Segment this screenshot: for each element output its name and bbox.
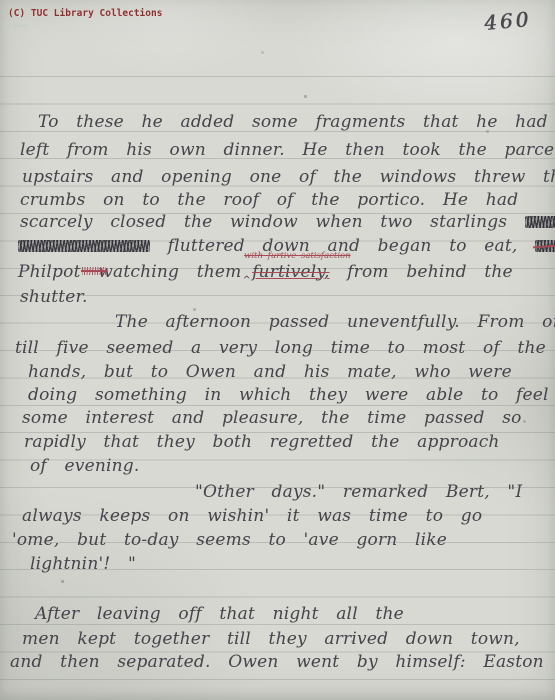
manuscript-line: and then separated. Owen went by himself… xyxy=(10,652,544,672)
red-struck-insertion xyxy=(82,267,106,275)
manuscript-line: To these he added some fragments that he… xyxy=(38,112,548,132)
manuscript-line: scarcely closed the window when two star… xyxy=(20,212,555,232)
manuscript-line: lightnin'! " xyxy=(30,554,136,574)
manuscript-line: doing something in which they were able … xyxy=(28,385,549,405)
manuscript-line: men kept together till they arrived down… xyxy=(22,629,520,649)
red-struck-word xyxy=(535,240,555,252)
library-watermark: (C) TUC Library Collections xyxy=(8,8,162,19)
manuscript-line: always keeps on wishin' it was time to g… xyxy=(22,506,482,526)
paper-specks xyxy=(0,0,1,1)
manuscript-line: of evening. xyxy=(30,456,139,476)
manuscript-line: After leaving off that night all the xyxy=(35,604,404,624)
insertion-caret: ^ xyxy=(242,275,251,286)
manuscript-line: "Other days." remarked Bert, "I xyxy=(195,482,522,502)
scribbled-out-word xyxy=(18,240,150,252)
manuscript-line: crumbs on to the roof of the portico. He… xyxy=(20,190,518,210)
manuscript-line: rapidly that they both regretted the app… xyxy=(24,432,500,452)
manuscript-line: upstairs and opening one of the windows … xyxy=(22,167,555,187)
red-struck-insertion-text: with furtive satisfaction xyxy=(244,251,351,261)
manuscript-line: some interest and pleasure, the time pas… xyxy=(22,408,522,428)
manuscript-line: 'ome, but to-day seems to 'ave gorn like xyxy=(12,530,447,550)
manuscript-line: till five seemed a very long time to mos… xyxy=(15,338,546,358)
manuscript-line: shutter. xyxy=(20,287,88,307)
page-number: 460 xyxy=(483,7,532,35)
manuscript-line: hands, but to Owen and his mate, who wer… xyxy=(28,362,512,382)
manuscript-line: Philpot watching them^with furtive satis… xyxy=(18,262,513,286)
manuscript-line: left from his own dinner. He then took t… xyxy=(20,140,555,160)
scribbled-out-word xyxy=(525,216,555,228)
manuscript-line: The afternoon passed uneventfully. From … xyxy=(115,312,555,332)
watermark-dash xyxy=(13,25,27,27)
furtively-with-insertion: with furtive satisfactionfurtively, xyxy=(252,262,330,282)
manuscript-page: (C) TUC Library Collections 460 To these… xyxy=(0,0,555,700)
